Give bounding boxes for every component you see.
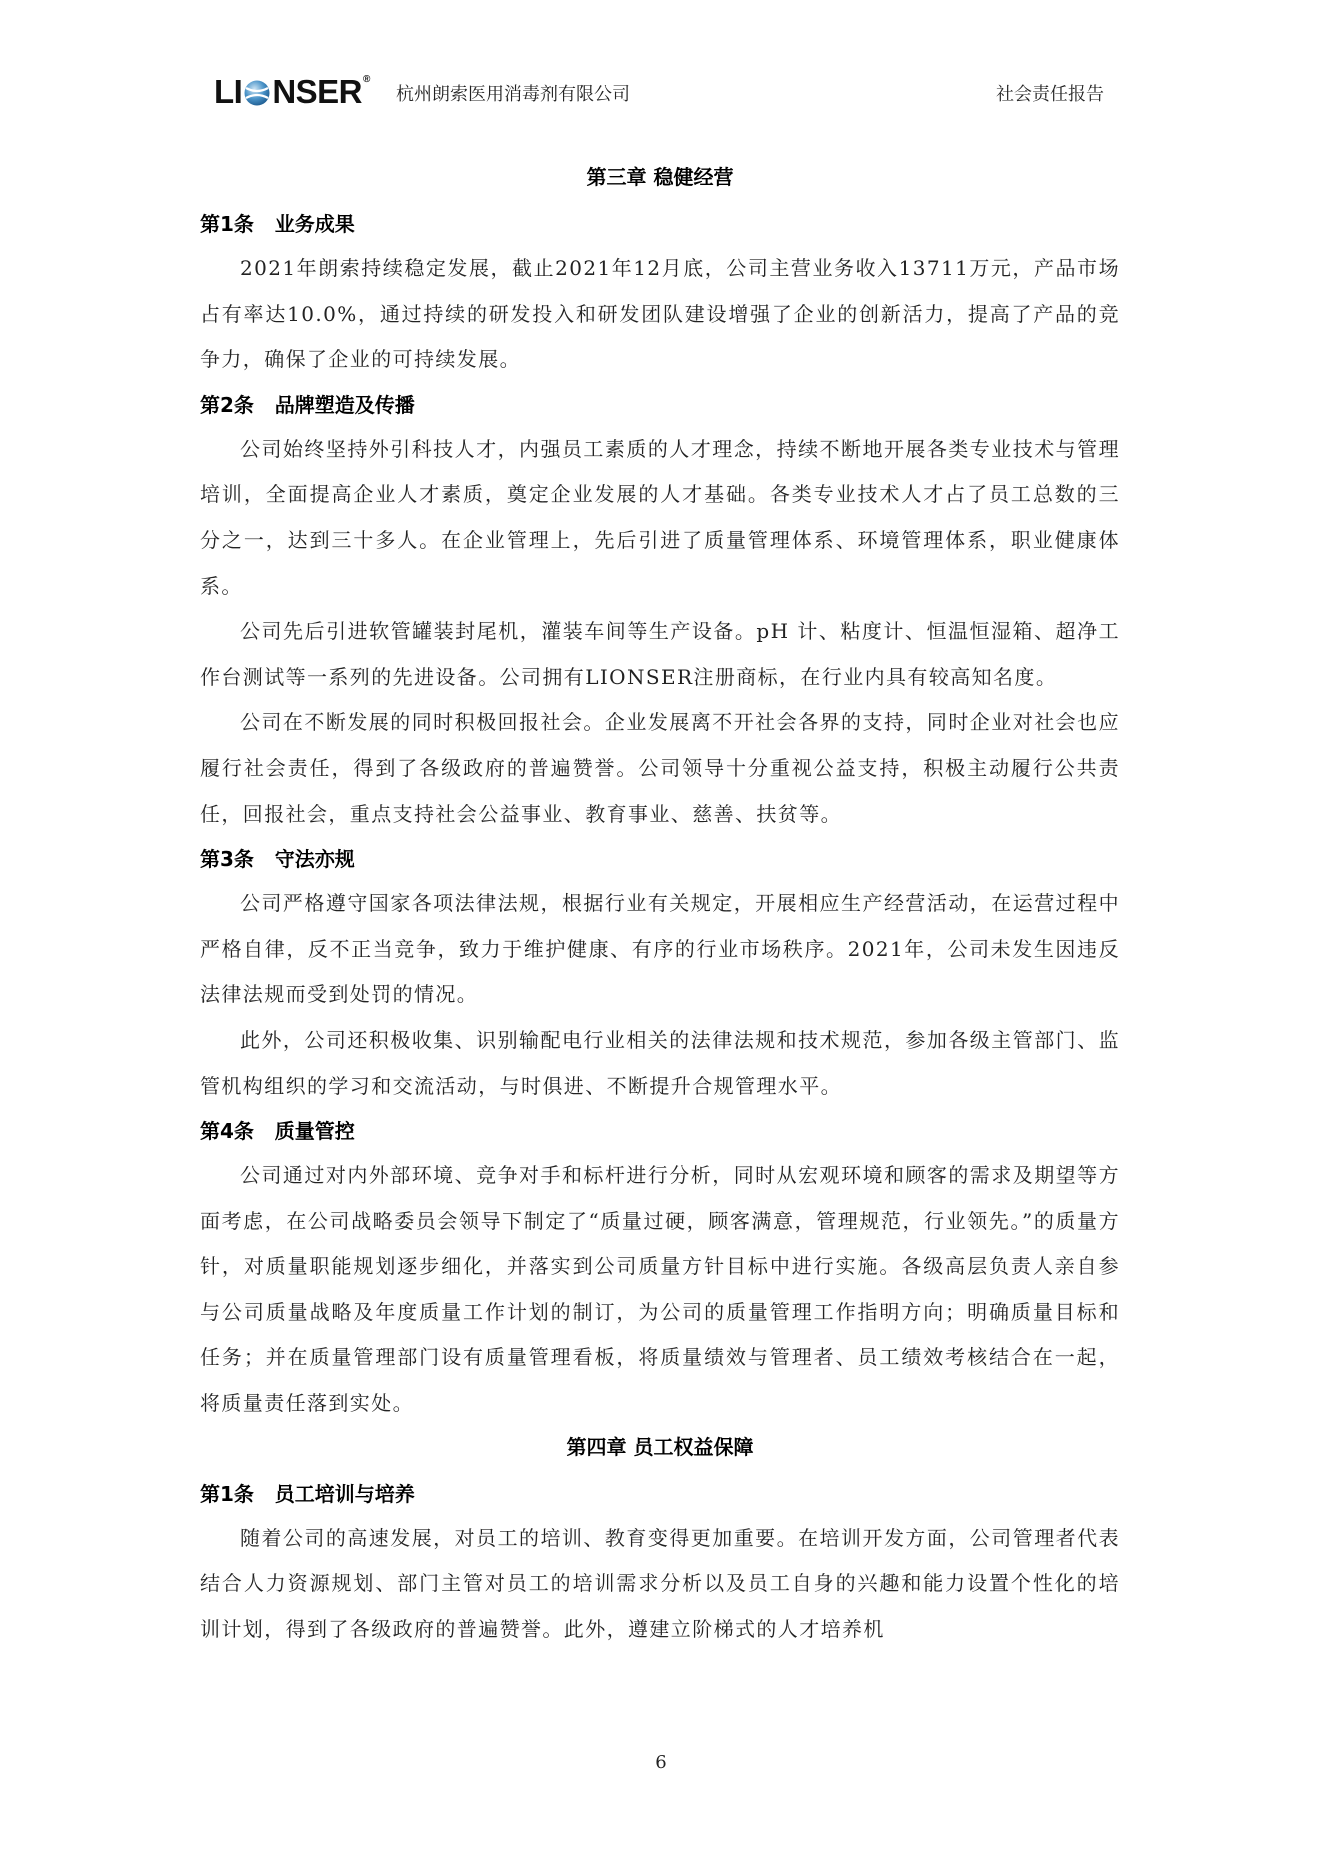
article-heading: 第1条 员工培训与培养 — [200, 1472, 1120, 1516]
company-logo: LI NSE — [214, 74, 370, 110]
paragraph: 公司先后引进软管罐装封尾机，灌装车间等生产设备。pH 计、粘度计、恒温恒湿箱、超… — [200, 609, 1120, 700]
logo-text-right: NSER — [272, 74, 362, 110]
report-title: 社会责任报告 — [996, 80, 1104, 106]
article-heading: 第1条 业务成果 — [200, 202, 1120, 246]
paragraph: 此外，公司还积极收集、识别输配电行业相关的法律法规和技术规范，参加各级主管部门、… — [200, 1018, 1120, 1109]
article-heading: 第3条 守法亦规 — [200, 837, 1120, 881]
paragraph: 公司始终坚持外引科技人才，内强员工素质的人才理念，持续不断地开展各类专业技术与管… — [200, 427, 1120, 609]
registered-mark: ® — [363, 62, 370, 98]
page-number: 6 — [0, 1752, 1322, 1773]
logo-wordmark: LI NSE — [214, 74, 370, 110]
paragraph: 随着公司的高速发展，对员工的培训、教育变得更加重要。在培训开发方面，公司管理者代… — [200, 1516, 1120, 1653]
paragraph: 公司在不断发展的同时积极回报社会。企业发展离不开社会各界的支持，同时企业对社会也… — [200, 700, 1120, 837]
company-name: 杭州朗索医用消毒剂有限公司 — [396, 80, 630, 106]
page-header: LI NSE — [214, 74, 1104, 110]
article-heading: 第2条 品牌塑造及传播 — [200, 383, 1120, 427]
chapter-title: 第四章 员工权益保障 — [200, 1427, 1120, 1472]
logo-text-left: LI — [214, 74, 242, 110]
article-heading: 第4条 质量管控 — [200, 1109, 1120, 1153]
paragraph: 2021年朗索持续稳定发展，截止2021年12月底，公司主营业务收入13711万… — [200, 246, 1120, 383]
paragraph: 公司通过对内外部环境、竞争对手和标杆进行分析，同时从宏观环境和顾客的需求及期望等… — [200, 1153, 1120, 1427]
document-body: 第三章 稳健经营 第1条 业务成果 2021年朗索持续稳定发展，截止2021年1… — [200, 157, 1120, 1652]
globe-icon — [243, 78, 271, 106]
document-page: LI NSE — [0, 0, 1322, 1869]
chapter-title: 第三章 稳健经营 — [200, 157, 1120, 202]
paragraph: 公司严格遵守国家各项法律法规，根据行业有关规定，开展相应生产经营活动，在运营过程… — [200, 881, 1120, 1018]
